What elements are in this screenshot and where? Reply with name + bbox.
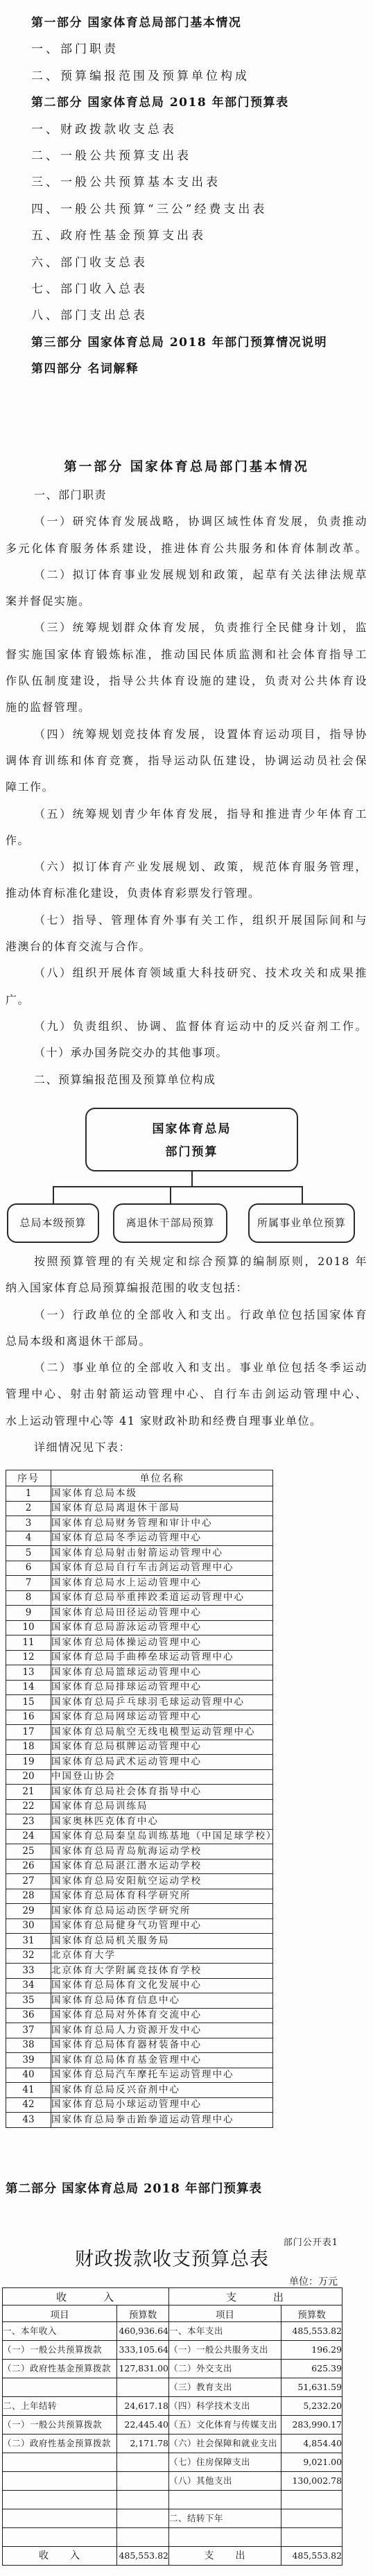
body-line: 纳入国家体育总局预算编报范围的收支包括： (6, 1275, 367, 1301)
unit-table-row: 1国家体育总局本级 (6, 1486, 273, 1502)
unit-row-number: 25 (6, 1844, 51, 1860)
fin-item-label: 二、结转下年 (169, 2509, 281, 2528)
org-connector-bar (53, 1186, 303, 1187)
fin-budget-value: 5,232.20 (281, 2397, 342, 2416)
unit-row-number: 38 (6, 2038, 51, 2053)
body-line: 调体育训练和体育竞赛，指导运动队伍建设，协调运动员社会保 (6, 748, 367, 774)
unit-row-name: 国家体育总局运动医学研究所 (51, 1904, 273, 1919)
org-root-line2: 部门预算 (87, 1141, 297, 1164)
toc-line: 七、部门收入总表 (31, 276, 369, 302)
toc-line: 五、政府性基金预算支出表 (31, 223, 369, 249)
fin-table-row: （七）住房保障支出9,021.00 (3, 2453, 342, 2472)
body-line: （二）事业单位的全部收入和支出。事业单位包括冬季运动 (6, 1355, 367, 1381)
unit-table-row: 15国家体育总局乒乓球羽毛球运动管理中心 (6, 1695, 273, 1710)
fin-budget-value: 22,445.40 (117, 2416, 169, 2435)
fin-table-row: （三）教育支出51,631.59 (3, 2378, 342, 2397)
org-connector-drop-3 (302, 1186, 303, 1203)
fin-budget-value: 460,936.64 (117, 2322, 169, 2341)
unit-table-header-no: 序号 (6, 1470, 51, 1486)
unit-row-number: 41 (6, 2083, 51, 2098)
unit-row-number: 9 (6, 1606, 51, 1621)
unit-row-name: 国家体育总局自行车击剑运动管理中心 (51, 1561, 273, 1576)
body-line: 障工作。 (6, 774, 367, 800)
unit-row-name: 国家奥林匹克体育中心 (51, 1814, 273, 1830)
unit-table-row: 11国家体育总局体操运动管理中心 (6, 1635, 273, 1651)
unit-row-name: 国家体育总局汽车摩托车运动管理中心 (51, 2068, 273, 2083)
fin-budget-value: 127,831.00 (117, 2360, 169, 2378)
fin-item-label (3, 2528, 117, 2547)
fin-item-label (3, 2509, 117, 2528)
fin-budget-value (281, 2509, 342, 2528)
unit-row-name: 国家体育总局小球运动管理中心 (51, 2097, 273, 2113)
unit-row-number: 8 (6, 1590, 51, 1606)
unit-table-row: 25国家体育总局青岛航海运动学校 (6, 1844, 273, 1860)
toc-line: 第二部分 国家体育总局 2018 年部门预算表 (31, 89, 369, 116)
body-line: 水上运动管理中心等 41 家财政补助和经费自理事业单位。 (6, 1408, 367, 1434)
unit-table-row: 12国家体育总局手曲棒垒球运动管理中心 (6, 1650, 273, 1665)
unit-table-row: 5国家体育总局射击射箭运动管理中心 (6, 1546, 273, 1561)
part1-section-title: 第一部分 国家体育总局部门基本情况 (0, 454, 373, 481)
unit-row-number: 33 (6, 1964, 51, 1979)
unit-table-row: 9国家体育总局田径运动管理中心 (6, 1606, 273, 1621)
unit-table-row: 17国家体育总局航空无线电模型运动管理中心 (6, 1725, 273, 1740)
unit-row-name: 国家体育总局健身气功管理中心 (51, 1918, 273, 1934)
fin-subheader-budget: 预算数 (281, 2305, 342, 2322)
body-line: （二）拟订体育事业发展规划和政策，起草有关法律法规草 (6, 562, 367, 588)
unit-row-number: 35 (6, 1993, 51, 2009)
unit-row-number: 30 (6, 1918, 51, 1934)
unit-row-number: 10 (6, 1620, 51, 1635)
fin-table-row: （八）其他支出130,002.78 (3, 2472, 342, 2491)
unit-table-row: 38国家体育总局体育器材装备中心 (6, 2038, 273, 2053)
fin-budget-value: 283,990.17 (281, 2416, 342, 2435)
fin-item-label: （一）一般公共服务支出 (169, 2341, 281, 2360)
fin-budget-value (281, 2528, 342, 2547)
unit-table-row: 36国家体育总局对外体育交流中心 (6, 2008, 273, 2023)
toc-line: 二、一般公共预算支出表 (31, 143, 369, 169)
unit-row-name: 国家体育总局青岛航海运动学校 (51, 1844, 273, 1860)
unit-table-row: 13国家体育总局篮球运动管理中心 (6, 1665, 273, 1681)
unit-table-row: 29国家体育总局运动医学研究所 (6, 1904, 273, 1919)
unit-row-number: 40 (6, 2068, 51, 2083)
fin-budget-value: 2,171.78 (117, 2435, 169, 2453)
fin-item-label: 一、本年收入 (3, 2322, 117, 2341)
unit-row-name: 国家体育总局水上运动管理中心 (51, 1576, 273, 1591)
unit-table-row: 35国家体育总局体育信息中心 (6, 1993, 273, 2009)
unit-row-number: 3 (6, 1516, 51, 1531)
unit-table-header-row: 序号 单位名称 (6, 1470, 273, 1486)
unit-table-row: 31国家体育总局机关服务局 (6, 1934, 273, 1949)
body-line: （一）研究体育发展战略，协调区域性体育发展，负责推动 (6, 508, 367, 535)
unit-row-name: 中国登山协会 (51, 1769, 273, 1785)
fin-budget-value: 485,553.82 (281, 2322, 342, 2341)
unit-row-number: 17 (6, 1725, 51, 1740)
unit-table-row: 6国家体育总局自行车击剑运动管理中心 (6, 1561, 273, 1576)
body-line: 作。 (6, 827, 367, 854)
fin-table-title: 财政拨款收支预算总表 (0, 2247, 344, 2272)
body-line: （八）组织开展体育领域重大科技研究、技术攻关和成果推 (6, 960, 367, 986)
fin-item-label (169, 2528, 281, 2547)
body-line: 施的监督管理。 (6, 694, 367, 721)
unit-table-row: 28国家体育总局体育科学研究所 (6, 1889, 273, 1904)
fin-table-row: 收 入485,553.82支 出485,553.82 (3, 2547, 342, 2566)
fin-item-label (3, 2453, 117, 2472)
fin-table-unit-label: 单位：万元 (289, 2274, 338, 2288)
budget-document-page: 第一部分 国家体育总局部门基本情况一、部门职责二、预算编报范围及预算单位构成第二… (0, 0, 373, 2576)
unit-row-name: 国家体育总局机关服务局 (51, 1934, 273, 1949)
fin-item-label: （一）一般公共预算拨款 (3, 2341, 117, 2360)
fin-budget-value: 51,631.59 (281, 2378, 342, 2397)
unit-row-number: 12 (6, 1650, 51, 1665)
fin-table: 收 入 支 出 项目 预算数 项目 预算数 一、本年收入460,936.64一、… (2, 2287, 342, 2566)
part2-section-heading: 第二部分 国家体育总局 2018 年部门预算表 (6, 2178, 262, 2200)
unit-table-row: 39国家体育总局体育基金管理中心 (6, 2053, 273, 2068)
org-root-line1: 国家体育总局 (87, 1118, 297, 1141)
unit-row-number: 2 (6, 1501, 51, 1516)
unit-row-number: 18 (6, 1740, 51, 1755)
unit-table-row: 24国家体育总局秦皇岛训练基地（中国足球学校） (6, 1829, 273, 1844)
unit-table-row: 23国家奥林匹克体育中心 (6, 1814, 273, 1830)
unit-table-row: 20中国登山协会 (6, 1769, 273, 1785)
body-line: 作队伍制度建设，指导公共体育设施的建设，负责对公共体育设 (6, 668, 367, 694)
unit-row-name: 国家体育总局本级 (51, 1486, 273, 1502)
unit-row-number: 15 (6, 1695, 51, 1710)
unit-row-number: 19 (6, 1755, 51, 1770)
fin-item-label: （二）政府性基金预算拨款 (3, 2360, 117, 2378)
unit-row-number: 29 (6, 1904, 51, 1919)
fin-subheader-item: 项目 (169, 2305, 281, 2322)
fin-table-row: （一）一般公共预算拨款22,445.40（五）文化体育与传媒支出283,990.… (3, 2416, 342, 2435)
unit-row-number: 23 (6, 1814, 51, 1830)
fin-table-row: 二、上年结转24,617.18（四）科学技术支出5,232.20 (3, 2397, 342, 2416)
unit-row-number: 37 (6, 2023, 51, 2038)
fin-item-label: 二、上年结转 (3, 2397, 117, 2416)
unit-table-row: 34国家体育总局体育文化发展中心 (6, 1978, 273, 1993)
part1-budget-scope-text: 按照预算管理的有关规定和综合预算的编制原则，2018 年纳入国家体育总局预算编报… (6, 1248, 367, 1461)
fin-item-label (169, 2491, 281, 2509)
body-line: 多元化体育服务体系建设，推进体育公共服务和体育体制改革。 (6, 535, 367, 562)
unit-table-row: 10国家体育总局游泳运动管理中心 (6, 1620, 273, 1635)
fin-header-row-2: 项目 预算数 项目 预算数 (3, 2305, 342, 2322)
unit-row-name: 国家体育总局湛江潜水运动学校 (51, 1859, 273, 1874)
toc-line: 四、一般公共预算“三公”经费支出表 (31, 196, 369, 223)
unit-row-number: 36 (6, 2008, 51, 2023)
body-line: （九）负责组织、协调、监督体育运动中的反兴奋剂工作。 (6, 1013, 367, 1040)
unit-row-name: 国家体育总局射击射箭运动管理中心 (51, 1546, 273, 1561)
body-line: 港澳台的体育交流与合作。 (6, 934, 367, 960)
unit-row-name: 国家体育总局篮球运动管理中心 (51, 1665, 273, 1681)
fin-budget-value (117, 2378, 169, 2397)
fin-budget-value (117, 2528, 169, 2547)
fin-budget-value: 485,553.82 (117, 2547, 169, 2566)
unit-row-number: 24 (6, 1829, 51, 1844)
body-line: （四）统筹规划竞技体育发展，设置体育运动项目，指导协 (6, 721, 367, 748)
unit-row-number: 14 (6, 1680, 51, 1695)
unit-row-name: 国家体育总局秦皇岛训练基地（中国足球学校） (51, 1829, 273, 1844)
fin-item-label: （七）住房保障支出 (169, 2453, 281, 2472)
unit-table-row: 32北京体育大学 (6, 1948, 273, 1964)
unit-table-row: 7国家体育总局水上运动管理中心 (6, 1576, 273, 1591)
toc-line: 第一部分 国家体育总局部门基本情况 (31, 10, 369, 36)
unit-row-name: 国家体育总局举重摔跤柔道运动管理中心 (51, 1590, 273, 1606)
unit-row-number: 5 (6, 1546, 51, 1561)
fin-item-label: （二）外交支出 (169, 2360, 281, 2378)
fin-item-label: （八）其他支出 (169, 2472, 281, 2491)
fin-budget-value: 485,553.82 (281, 2547, 342, 2566)
fin-item-label: （五）文化体育与传媒支出 (169, 2416, 281, 2435)
body-line: 督实施国家体育锻炼标准，推动国民体质监测和社会体育指导工 (6, 642, 367, 668)
unit-row-name: 国家体育总局体育基金管理中心 (51, 2053, 273, 2068)
unit-row-name: 国家体育总局安阳航空运动学校 (51, 1874, 273, 1889)
unit-table-row: 8国家体育总局举重摔跤柔道运动管理中心 (6, 1590, 273, 1606)
unit-table-row: 18国家体育总局棋牌运动管理中心 (6, 1740, 273, 1755)
unit-row-name: 国家体育总局冬季运动管理中心 (51, 1531, 273, 1546)
fin-budget-value: 24,617.18 (117, 2397, 169, 2416)
unit-row-name: 国家体育总局乒乓球羽毛球运动管理中心 (51, 1695, 273, 1710)
toc-line: 八、部门支出总表 (31, 302, 369, 329)
unit-row-number: 43 (6, 2113, 51, 2128)
unit-list-table: 序号 单位名称 1国家体育总局本级2国家体育总局离退休干部局3国家体育总局财务管… (6, 1470, 273, 2128)
unit-row-number: 13 (6, 1665, 51, 1681)
body-line: 按照预算管理的有关规定和综合预算的编制原则，2018 年 (6, 1248, 367, 1275)
fin-item-label (3, 2472, 117, 2491)
unit-row-name: 国家体育总局体操运动管理中心 (51, 1635, 273, 1651)
fin-table-note: 部门公开表1 (284, 2235, 338, 2248)
unit-row-name: 国家体育总局网球运动管理中心 (51, 1710, 273, 1725)
fin-item-label: （三）教育支出 (169, 2378, 281, 2397)
fin-budget-value (117, 2509, 169, 2528)
unit-table-row: 42国家体育总局小球运动管理中心 (6, 2097, 273, 2113)
unit-row-name: 北京体育大学 (51, 1948, 273, 1964)
unit-table-row: 40国家体育总局汽车摩托车运动管理中心 (6, 2068, 273, 2083)
unit-row-name: 国家体育总局反兴奋剂中心 (51, 2083, 273, 2098)
body-line: 广。 (6, 987, 367, 1013)
table-of-contents: 第一部分 国家体育总局部门基本情况一、部门职责二、预算编报范围及预算单位构成第二… (31, 10, 369, 382)
fin-table-row: （二）政府性基金预算拨款127,831.00（二）外交支出625.39 (3, 2360, 342, 2378)
fin-header-expense: 支 出 (169, 2288, 342, 2305)
fin-item-label: 支 出 (169, 2547, 281, 2566)
unit-row-number: 39 (6, 2053, 51, 2068)
unit-row-number: 4 (6, 1531, 51, 1546)
unit-row-name: 国家体育总局棋牌运动管理中心 (51, 1740, 273, 1755)
unit-table-row: 21国家体育总局社会体育指导中心 (6, 1785, 273, 1800)
fin-item-label: 一、本年支出 (169, 2322, 281, 2341)
unit-row-number: 34 (6, 1978, 51, 1993)
unit-row-name: 国家体育总局社会体育指导中心 (51, 1785, 273, 1800)
unit-row-number: 26 (6, 1859, 51, 1874)
body-line: 推动体育标准化建设，负责体育彩票发行管理。 (6, 880, 367, 907)
unit-list-table-wrap: 序号 单位名称 1国家体育总局本级2国家体育总局离退休干部局3国家体育总局财务管… (6, 1470, 273, 2128)
unit-row-name: 国家体育总局武术运动管理中心 (51, 1755, 273, 1770)
fin-budget-value (281, 2491, 342, 2509)
unit-table-row: 19国家体育总局武术运动管理中心 (6, 1755, 273, 1770)
unit-row-number: 7 (6, 1576, 51, 1591)
org-chart-child-box: 离退休干部局预算 (113, 1203, 227, 1243)
unit-row-name: 国家体育总局对外体育交流中心 (51, 2008, 273, 2023)
toc-line: 一、部门职责 (31, 36, 369, 62)
unit-row-name: 国家体育总局田径运动管理中心 (51, 1606, 273, 1621)
body-line: （一）行政单位的全部收入和支出。行政单位包括国家体育 (6, 1302, 367, 1328)
toc-line: 第三部分 国家体育总局 2018 年部门预算情况说明 (31, 329, 369, 356)
part1-body-text: 一、部门职责（一）研究体育发展战略，协调区域性体育发展，负责推动多元化体育服务体… (6, 482, 367, 1093)
unit-row-number: 32 (6, 1948, 51, 1964)
toc-line: 一、财政拨款收支总表 (31, 117, 369, 143)
body-line: （三）统筹规划群众体育发展，负责推行全民健身计划，监 (6, 615, 367, 641)
unit-row-name: 国家体育总局人力资源开发中心 (51, 2023, 273, 2038)
fin-budget-value: 4,854.40 (281, 2435, 342, 2453)
unit-row-number: 16 (6, 1710, 51, 1725)
body-line: （六）拟订体育产业发展规划、政策，规范体育服务管理， (6, 854, 367, 880)
unit-row-number: 11 (6, 1635, 51, 1651)
unit-row-name: 国家体育总局航空无线电模型运动管理中心 (51, 1725, 273, 1740)
unit-row-name: 国家体育总局游泳运动管理中心 (51, 1620, 273, 1635)
fin-header-row-1: 收 入 支 出 (3, 2288, 342, 2305)
unit-table-row: 43国家体育总局拳击跆拳道运动管理中心 (6, 2113, 273, 2128)
unit-table-row: 3国家体育总局财务管理和审计中心 (6, 1516, 273, 1531)
unit-row-name: 国家体育总局体育科学研究所 (51, 1889, 273, 1904)
body-line: （五）统筹规划青少年体育发展，指导和推进青少年体育工 (6, 801, 367, 827)
toc-line: 三、一般公共预算基本支出表 (31, 169, 369, 196)
toc-line: 六、部门收支总表 (31, 250, 369, 276)
fin-item-label (3, 2491, 117, 2509)
unit-row-number: 21 (6, 1785, 51, 1800)
unit-row-number: 20 (6, 1769, 51, 1785)
body-line: 详细情况见下表： (6, 1434, 367, 1461)
unit-table-row: 2国家体育总局离退休干部局 (6, 1501, 273, 1516)
fin-budget-value: 196.29 (281, 2341, 342, 2360)
unit-table-row: 27国家体育总局安阳航空运动学校 (6, 1874, 273, 1889)
fin-table-row (3, 2528, 342, 2547)
body-line: 总局本级和离退休干部局。 (6, 1328, 367, 1355)
fin-item-label: 收 入 (3, 2547, 117, 2566)
fin-table-row: （二）政府性基金预算拨款2,171.78（六）社会保障和就业支出4,854.40 (3, 2435, 342, 2453)
unit-row-number: 28 (6, 1889, 51, 1904)
unit-row-name: 国家体育总局拳击跆拳道运动管理中心 (51, 2113, 273, 2128)
body-line: 管理中心、射击射箭运动管理中心、自行车击剑运动管理中心、 (6, 1381, 367, 1407)
body-line: （十）承办国务院交办的其他事项。 (6, 1040, 367, 1066)
fin-subheader-item: 项目 (3, 2305, 117, 2322)
org-connector-drop-2 (170, 1186, 171, 1203)
org-connector-stem (191, 1171, 193, 1187)
fin-subheader-budget: 预算数 (117, 2305, 169, 2322)
unit-row-name: 国家体育总局手曲棒垒球运动管理中心 (51, 1650, 273, 1665)
unit-table-row: 33北京体育大学附属竞技体育学校 (6, 1964, 273, 1979)
fin-budget-value (117, 2453, 169, 2472)
unit-row-number: 31 (6, 1934, 51, 1949)
unit-table-row: 4国家体育总局冬季运动管理中心 (6, 1531, 273, 1546)
fin-item-label (3, 2378, 117, 2397)
fin-item-label: （二）政府性基金预算拨款 (3, 2435, 117, 2453)
toc-line: 二、预算编报范围及预算单位构成 (31, 63, 369, 89)
fin-budget-value: 625.39 (281, 2360, 342, 2378)
unit-table-row: 22国家体育总局训练局 (6, 1799, 273, 1814)
unit-row-name: 国家体育总局财务管理和审计中心 (51, 1516, 273, 1531)
unit-row-number: 42 (6, 2097, 51, 2113)
unit-row-name: 国家体育总局训练局 (51, 1799, 273, 1814)
fin-header-income: 收 入 (3, 2288, 169, 2305)
unit-table-row: 41国家体育总局反兴奋剂中心 (6, 2083, 273, 2098)
org-connector-drop-1 (53, 1186, 54, 1203)
unit-table-row: 30国家体育总局健身气功管理中心 (6, 1918, 273, 1934)
fin-table-row: 一、本年收入460,936.64一、本年支出485,553.82 (3, 2322, 342, 2341)
unit-row-name: 国家体育总局离退休干部局 (51, 1501, 273, 1516)
unit-row-number: 27 (6, 1874, 51, 1889)
unit-table-row: 14国家体育总局排球运动管理中心 (6, 1680, 273, 1695)
fin-item-label: （一）一般公共预算拨款 (3, 2416, 117, 2435)
unit-row-name: 国家体育总局体育器材装备中心 (51, 2038, 273, 2053)
unit-table-row: 37国家体育总局人力资源开发中心 (6, 2023, 273, 2038)
fin-budget-value (117, 2491, 169, 2509)
unit-table-header-name: 单位名称 (51, 1470, 273, 1486)
body-line: 一、部门职责 (6, 482, 367, 508)
unit-row-number: 1 (6, 1486, 51, 1502)
unit-row-number: 22 (6, 1799, 51, 1814)
fin-budget-value: 130,002.78 (281, 2472, 342, 2491)
body-line: 案并督促实施。 (6, 588, 367, 615)
fin-budget-value (117, 2472, 169, 2491)
unit-row-name: 国家体育总局体育文化发展中心 (51, 1978, 273, 1993)
unit-table-row: 26国家体育总局湛江潜水运动学校 (6, 1859, 273, 1874)
unit-row-name: 国家体育总局体育信息中心 (51, 1993, 273, 2009)
fin-item-label: （六）社会保障和就业支出 (169, 2435, 281, 2453)
fin-item-label: （四）科学技术支出 (169, 2397, 281, 2416)
body-line: 二、预算编报范围及预算单位构成 (6, 1067, 367, 1093)
org-chart-child-box: 总局本级预算 (7, 1203, 99, 1243)
fin-table-row: （一）一般公共预算拨款333,105.64（一）一般公共服务支出196.29 (3, 2341, 342, 2360)
fin-table-wrap: 收 入 支 出 项目 预算数 项目 预算数 一、本年收入460,936.64一、… (2, 2287, 342, 2566)
fin-budget-value: 9,021.00 (281, 2453, 342, 2472)
unit-row-name: 国家体育总局排球运动管理中心 (51, 1680, 273, 1695)
org-chart-child-box: 所属事业单位预算 (248, 1203, 355, 1243)
toc-line: 第四部分 名词解释 (31, 356, 369, 382)
fin-budget-value: 333,105.64 (117, 2341, 169, 2360)
body-line: （七）指导、管理体育外事有关工作，组织开展国际间和与 (6, 907, 367, 934)
unit-table-row: 16国家体育总局网球运动管理中心 (6, 1710, 273, 1725)
unit-row-name: 北京体育大学附属竞技体育学校 (51, 1964, 273, 1979)
fin-table-row (3, 2491, 342, 2509)
unit-row-number: 6 (6, 1561, 51, 1576)
fin-table-row: 二、结转下年 (3, 2509, 342, 2528)
org-chart-root-box: 国家体育总局 部门预算 (85, 1108, 298, 1171)
